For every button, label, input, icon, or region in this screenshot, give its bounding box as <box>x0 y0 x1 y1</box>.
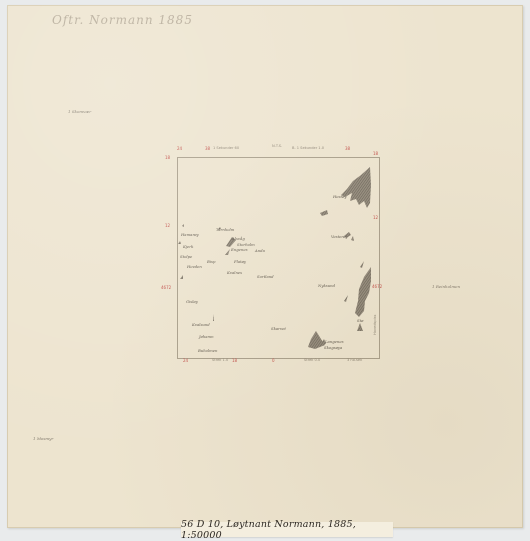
side-label-right: Hovedspiss <box>373 315 377 335</box>
place-label: Alsvåg <box>232 236 245 241</box>
grid-tick-bottom: 0 <box>272 358 275 363</box>
grid-label-bottom: Strek 1.0 <box>212 358 228 362</box>
grid-label-top: B. 1 Sekunder 1.0 <box>292 146 324 150</box>
grid-tick-right: 18 <box>373 151 378 156</box>
place-label: Skogsøya <box>324 345 342 350</box>
place-label: Skarvet <box>271 326 286 331</box>
grid-tick-top: 38 <box>345 146 350 151</box>
place-label: Gisløy <box>186 299 198 304</box>
map-sheet: Oftr. Normann 1885 1 Skomvær 1 Mosmyr 1 … <box>7 5 523 528</box>
archive-label: 56 D 10, Løytnant Normann, 1885, 1:50000 <box>181 522 393 537</box>
grid-tick-left: 18 <box>165 155 170 160</box>
place-label: Anda <box>255 248 265 253</box>
grid-label-bottom: Strek 0.0 <box>304 358 320 362</box>
place-label: Buholmen <box>198 348 217 353</box>
grid-tick-top: 38 <box>205 146 210 151</box>
grid-tick-bottom: 18 <box>232 358 237 363</box>
grid-label-bottom: 3 no.sek <box>347 358 362 362</box>
place-label: Kvalsund <box>192 322 210 327</box>
grid-tick-left: 4672 <box>161 285 171 290</box>
place-label: Langenes <box>325 339 344 344</box>
place-label: Hamarøy <box>181 232 199 237</box>
place-label: Tårnholm <box>216 227 234 232</box>
place-label: Hestøy <box>333 194 346 199</box>
place-label: Engenes <box>231 247 248 252</box>
grid-label-top: N.T.S. <box>272 144 282 148</box>
grid-tick-bottom: 24 <box>183 358 188 363</box>
grid-tick-top: 24 <box>177 146 182 151</box>
place-label: Sortland <box>257 274 274 279</box>
place-label: Flatøy <box>234 259 246 264</box>
place-label: Vesterøy <box>331 234 348 239</box>
place-label: Kvalnes <box>227 270 242 275</box>
place-label: Bisp <box>207 259 215 264</box>
grid-tick-right: 12 <box>373 215 378 220</box>
place-label: Nyksund <box>318 283 335 288</box>
place-label: Stolpe <box>180 254 192 259</box>
place-label: Hovden <box>187 264 202 269</box>
grid-label-top: 1 Sekunder 60 <box>213 146 239 150</box>
place-label: Jøhamn <box>199 334 214 339</box>
place-label: Kjerk <box>183 244 193 249</box>
grid-tick-right: 4672 <box>372 284 382 289</box>
place-label: Stø <box>357 318 363 323</box>
grid-tick-left: 12 <box>165 223 170 228</box>
